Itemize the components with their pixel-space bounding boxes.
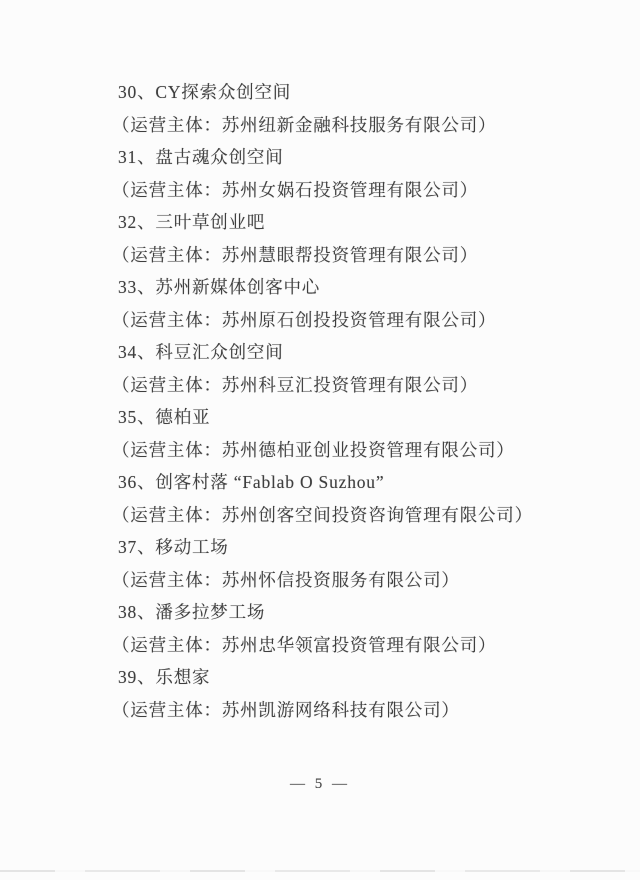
item-operator: （运营主体：苏州创客空间投资咨询管理有限公司）: [112, 499, 580, 532]
document-page: 30、CY探索众创空间 （运营主体：苏州纽新金融科技服务有限公司） 31、盘古魂…: [0, 0, 640, 880]
item-title: 36、创客村落 “Fablab O Suzhou”: [112, 466, 580, 499]
item-operator: （运营主体：苏州纽新金融科技服务有限公司）: [112, 109, 580, 142]
item-operator: （运营主体：苏州凯游网络科技有限公司）: [112, 694, 580, 727]
item-operator: （运营主体：苏州德柏亚创业投资管理有限公司）: [112, 434, 580, 467]
scan-artifact-line: [0, 870, 640, 872]
item-title: 39、乐想家: [112, 661, 580, 694]
item-title: 34、科豆汇众创空间: [112, 336, 580, 369]
item-operator: （运营主体：苏州原石创投投资管理有限公司）: [112, 304, 580, 337]
item-title: 35、德柏亚: [112, 401, 580, 434]
item-title: 31、盘古魂众创空间: [112, 141, 580, 174]
item-operator: （运营主体：苏州忠华领富投资管理有限公司）: [112, 629, 580, 662]
item-operator: （运营主体：苏州怀信投资服务有限公司）: [112, 564, 580, 597]
item-title: 32、三叶草创业吧: [112, 206, 580, 239]
document-body: 30、CY探索众创空间 （运营主体：苏州纽新金融科技服务有限公司） 31、盘古魂…: [112, 76, 580, 726]
item-title: 30、CY探索众创空间: [112, 76, 580, 109]
item-title: 37、移动工场: [112, 531, 580, 564]
page-number: — 5 —: [0, 776, 640, 793]
item-operator: （运营主体：苏州女娲石投资管理有限公司）: [112, 174, 580, 207]
item-operator: （运营主体：苏州科豆汇投资管理有限公司）: [112, 369, 580, 402]
item-title: 33、苏州新媒体创客中心: [112, 271, 580, 304]
item-operator: （运营主体：苏州慧眼帮投资管理有限公司）: [112, 239, 580, 272]
item-title: 38、潘多拉梦工场: [112, 596, 580, 629]
